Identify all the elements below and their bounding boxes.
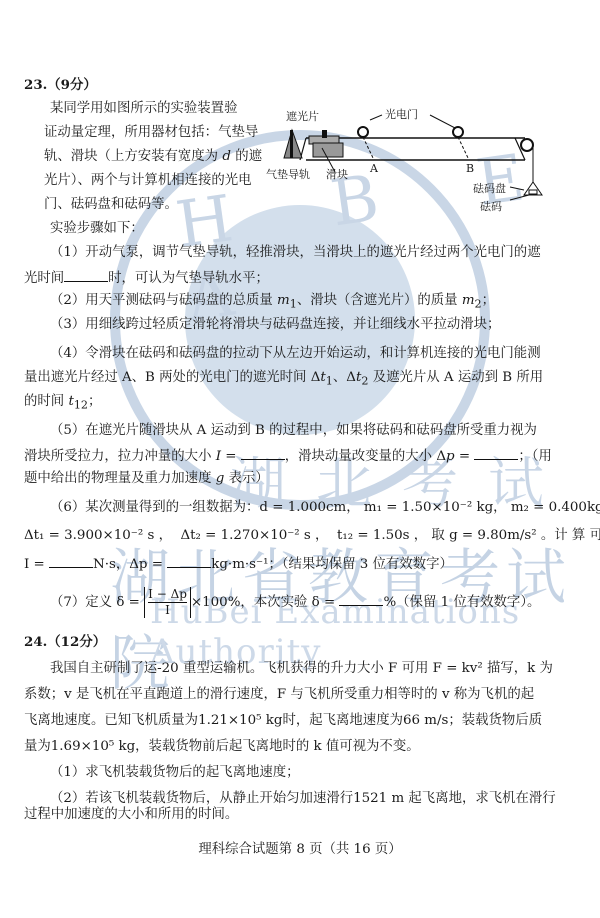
step-6-line-3: I = N·s，Δp = kg·m·s⁻¹；（结果均保留 3 位有效数字）	[24, 554, 453, 574]
step-4-line-3: 的时间 t12；	[24, 393, 101, 415]
step-4-line-1: （4）令滑块在砝码和砝码盘的拉动下从左边开始运动，和计算机连接的光电门能测	[50, 345, 541, 363]
page-footer: 理科综合试题第 8 页（共 16 页）	[0, 838, 600, 857]
label-point-a: A	[370, 162, 378, 175]
step-1-line-2: 光时间时，可认为气垫导轨水平；	[24, 268, 269, 288]
step-2: （2）用天平测砝码与砝码盘的总质量 m1、滑块（含遮光片）的质量 m2；	[50, 292, 495, 314]
q23-intro-1: 某同学用如图所示的实验装置验	[50, 100, 237, 118]
question-23-header: 23.（9分）	[24, 76, 97, 94]
answer-blank-impulse-value[interactable]	[49, 554, 93, 568]
step-3: （3）用细线跨过轻质定滑轮将滑块与砝码盘连接，并让细线水平拉动滑块；	[50, 316, 500, 334]
delta-fraction: I − ΔpI	[144, 587, 191, 618]
step-1-line-1: （1）开动气泵，调节气垫导轨，轻推滑块，当滑块上的遮光片经过两个光电门的遮	[50, 244, 541, 262]
label-shutter: 遮光片	[286, 108, 319, 124]
q23-intro-4: 光片）、两个与计算机相连接的光电	[44, 172, 252, 190]
step-6-line-1: （6）某次测量得到的一组数据为：d = 1.000cm， m₁ = 1.50×1…	[50, 499, 600, 517]
answer-blank-1[interactable]	[64, 268, 108, 282]
label-weights: 砝码	[480, 198, 502, 214]
experiment-diagram: 遮光片 光电门 气垫导轨 滑块 A B 砝码盘 砝码	[270, 100, 570, 220]
step-7: （7）定义 δ = I − ΔpI×100%，本次实验 δ = %（保留 1 位…	[50, 586, 540, 620]
q23-intro-5: 门、砝码盘和砝码等。	[44, 196, 178, 214]
q24-sub-1: （1）求飞机装载货物后的起飞离地速度；	[50, 764, 300, 782]
answer-blank-momentum[interactable]	[474, 446, 518, 460]
q24-sub-2-line-2: 过程中加速度的大小和所用的时间。	[24, 806, 238, 824]
step-5-line-3: 题中给出的物理量及重力加速度 g 表示）	[24, 470, 269, 488]
label-weight-pan: 砝码盘	[473, 180, 506, 196]
q23-intro-2: 证动量定理，所用器材包括：气垫导	[44, 124, 258, 142]
label-photogate: 光电门	[385, 106, 418, 122]
label-slider: 滑块	[326, 166, 348, 182]
label-point-b: B	[466, 162, 474, 175]
answer-blank-momentum-value[interactable]	[167, 554, 211, 568]
step-5-line-1: （5）在遮光片随滑块从 A 运动到 B 的过程中，如果将砝码和砝码盘所受重力视为	[50, 422, 537, 440]
question-24-header: 24.（12分）	[24, 633, 106, 651]
q24-para-1: 我国自主研制了运-20 重型运输机。飞机获得的升力大小 F 可用 F = kv²…	[50, 660, 553, 678]
label-airtrack: 气垫导轨	[266, 166, 310, 182]
q24-para-2: 系数；v 是飞机在平直跑道上的滑行速度，F 与飞机所受重力相等时的 v 称为飞机…	[24, 686, 534, 704]
steps-title: 实验步骤如下：	[50, 220, 144, 238]
step-5-line-2: 滑块所受拉力，拉力冲量的大小 I = ，滑块动量改变量的大小 Δp = ；（用	[24, 446, 552, 466]
step-6-line-2: Δt₁ = 3.900×10⁻² s ， Δt₂ = 1.270×10⁻² s …	[24, 527, 600, 545]
answer-blank-delta[interactable]	[339, 592, 383, 606]
answer-blank-impulse[interactable]	[241, 446, 285, 460]
q23-intro-3: 轨、滑块（上方安装有宽度为 d 的遮	[44, 148, 262, 166]
q24-para-3: 飞离地速度。已知飞机质量为1.21×10⁵ kg时，起飞离地速度为66 m/s；…	[24, 712, 542, 730]
step-4-line-2: 量出遮光片经过 A、B 两处的光电门的遮光时间 Δt1、Δt2 及遮光片从 A …	[24, 369, 543, 391]
q24-para-4: 量为1.69×10⁵ kg，装载货物前后起飞离地时的 k 值可视为不变。	[24, 738, 420, 756]
